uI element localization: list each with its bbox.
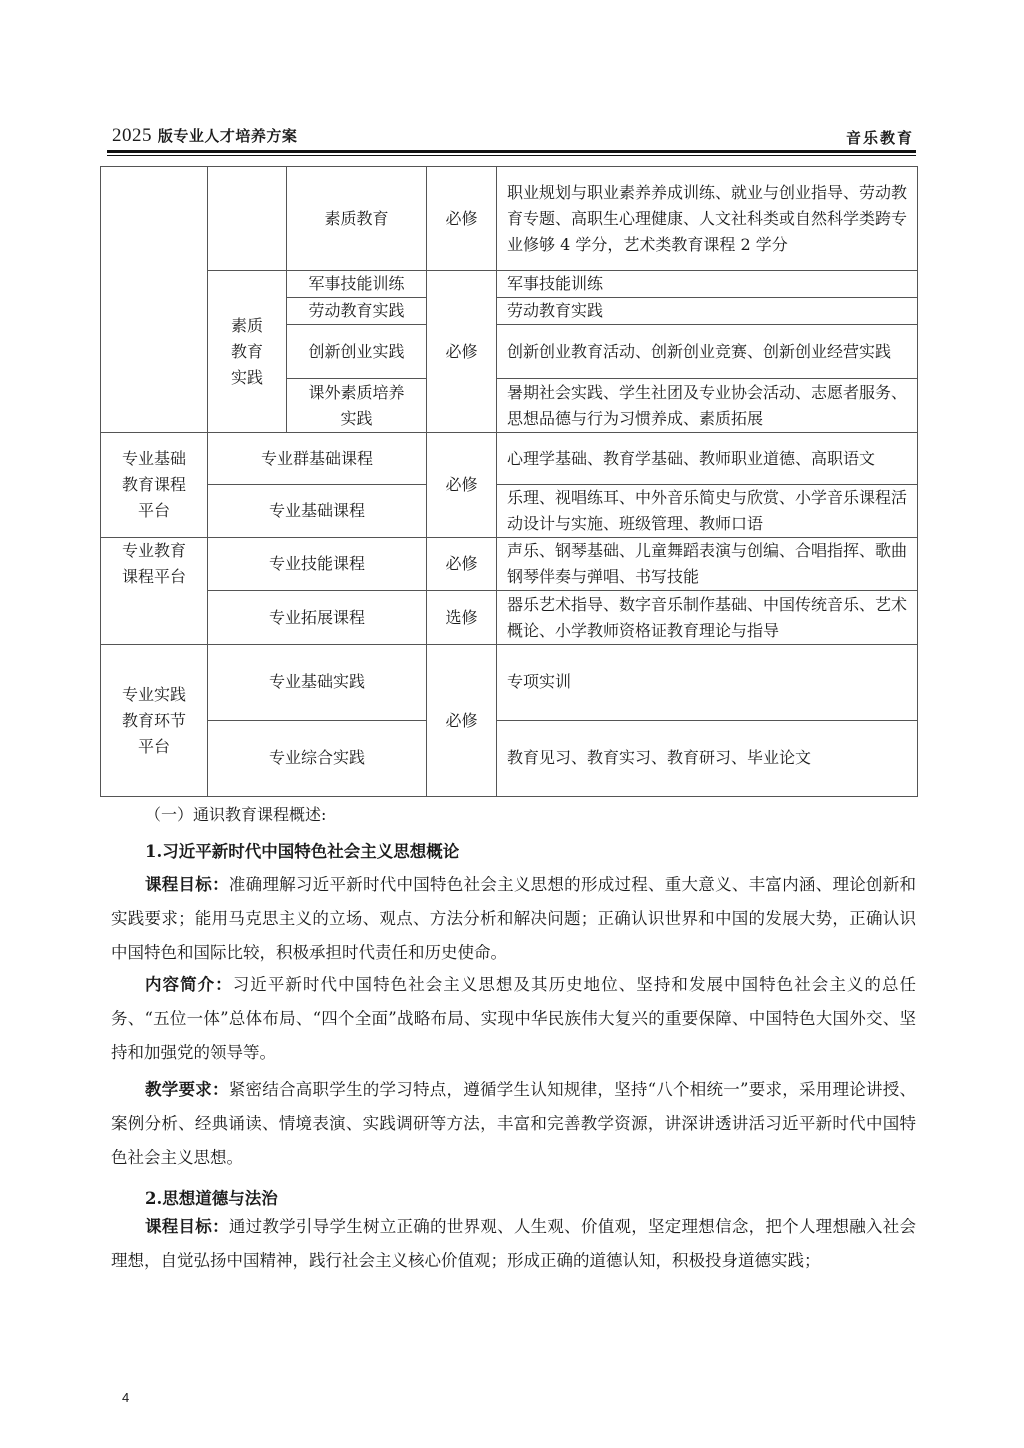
header-title: 版专业人才培养方案 (158, 127, 298, 145)
course-label: 课外素质培养实践 (307, 380, 406, 432)
content-text: 习近平新时代中国特色社会主义思想及其历史地位、坚持和发展中国特色社会主义的总任务… (111, 975, 916, 1062)
req-text: 紧密结合高职学生的学习特点，遵循学生认知规律，坚持“八个相统一”要求，采用理论讲… (111, 1080, 916, 1167)
goal-label: 课程目标： (145, 875, 229, 894)
req-label: 教学要求： (145, 1080, 229, 1099)
course2-goal: 课程目标：通过教学引导学生树立正确的世界观、人生观、价值观，坚定理想信念，把个人… (111, 1210, 916, 1278)
content-cell: 军事技能训练 (497, 271, 918, 298)
platform-cell: 专业实践教育环节平台 (101, 645, 208, 797)
table-row: 专业拓展课程 选修 器乐艺术指导、数字音乐制作基础、中国传统音乐、艺术概论、小学… (101, 591, 918, 645)
platform-cell: 专业教育课程平台 (101, 538, 208, 645)
document-title: 2025 版专业人才培养方案 (112, 125, 297, 147)
course-cell: 专业基础课程 (208, 485, 427, 538)
content-cell: 职业规划与职业素养养成训练、就业与创业指导、劳动教育专题、高职生心理健康、人文社… (497, 167, 918, 271)
course-cell: 专业综合实践 (208, 721, 427, 797)
header-year: 2025 (112, 125, 152, 146)
course-title: 1.习近平新时代中国特色社会主义思想概论 (145, 838, 459, 862)
type-cell: 必修 (427, 538, 497, 591)
page-number: 4 (122, 1390, 129, 1405)
table-row: 素质教育 必修 职业规划与职业素养养成训练、就业与创业指导、劳动教育专题、高职生… (101, 167, 918, 271)
category-label: 素质教育实践 (229, 313, 264, 391)
header-major: 音乐教育 (846, 127, 914, 148)
content-cell: 乐理、视唱练耳、中外音乐简史与欣赏、小学音乐课程活动设计与实施、班级管理、教师口… (497, 485, 918, 538)
category-cell-empty (208, 167, 287, 271)
course-cell: 课外素质培养实践 (287, 379, 427, 433)
course-cell: 专业基础实践 (208, 645, 427, 721)
goal-text: 通过教学引导学生树立正确的世界观、人生观、价值观，坚定理想信念，把个人理想融入社… (111, 1217, 916, 1270)
type-cell: 必修 (427, 271, 497, 433)
course1-content: 内容简介：习近平新时代中国特色社会主义思想及其历史地位、坚持和发展中国特色社会主… (111, 968, 916, 1070)
content-cell: 专项实训 (497, 645, 918, 721)
platform-label: 专业实践教育环节平台 (120, 682, 187, 760)
type-cell: 必修 (427, 645, 497, 797)
course-cell: 专业技能课程 (208, 538, 427, 591)
content-cell: 心理学基础、教育学基础、教师职业道德、高职语文 (497, 433, 918, 485)
goal-text: 准确理解习近平新时代中国特色社会主义思想的形成过程、重大意义、丰富内涵、理论创新… (111, 875, 916, 962)
course-title: 2.思想道德与法治 (145, 1185, 278, 1209)
curriculum-table: 素质教育 必修 职业规划与职业素养养成训练、就业与创业指导、劳动教育专题、高职生… (100, 166, 918, 797)
course-cell: 专业群基础课程 (208, 433, 427, 485)
table-row: 素质教育实践 军事技能训练 必修 军事技能训练 (101, 271, 918, 298)
content-cell: 教育见习、教育实习、教育研习、毕业论文 (497, 721, 918, 797)
course1-goal: 课程目标：准确理解习近平新时代中国特色社会主义思想的形成过程、重大意义、丰富内涵… (111, 868, 916, 970)
type-cell: 必修 (427, 433, 497, 538)
content-cell: 创新创业教育活动、创新创业竞赛、创新创业经营实践 (497, 325, 918, 379)
category-cell: 素质教育实践 (208, 271, 287, 433)
platform-cell-continued (101, 167, 208, 433)
platform-label: 专业教育课程平台 (120, 538, 187, 590)
course-cell: 劳动教育实践 (287, 298, 427, 325)
page-header: 2025 版专业人才培养方案 音乐教育 (112, 125, 914, 149)
course-cell: 素质教育 (287, 167, 427, 271)
type-cell: 选修 (427, 591, 497, 645)
course-cell: 军事技能训练 (287, 271, 427, 298)
content-cell: 劳动教育实践 (497, 298, 918, 325)
content-label: 内容简介： (145, 975, 233, 994)
type-cell: 必修 (427, 167, 497, 271)
header-rule-thin (107, 155, 916, 156)
section-heading: （一）通识教育课程概述: (145, 802, 326, 825)
content-cell: 器乐艺术指导、数字音乐制作基础、中国传统音乐、艺术概论、小学教师资格证教育理论与… (497, 591, 918, 645)
course1-requirements: 教学要求：紧密结合高职学生的学习特点，遵循学生认知规律，坚持“八个相统一”要求，… (111, 1073, 916, 1175)
table-row: 专业实践教育环节平台 专业基础实践 必修 专项实训 (101, 645, 918, 721)
table-row: 专业基础课程 乐理、视唱练耳、中外音乐简史与欣赏、小学音乐课程活动设计与实施、班… (101, 485, 918, 538)
platform-label: 专业基础教育课程平台 (120, 446, 187, 524)
content-cell: 声乐、钢琴基础、儿童舞蹈表演与创编、合唱指挥、歌曲钢琴伴奏与弹唱、书写技能 (497, 538, 918, 591)
course-cell: 创新创业实践 (287, 325, 427, 379)
platform-cell: 专业基础教育课程平台 (101, 433, 208, 538)
table-row: 专业综合实践 教育见习、教育实习、教育研习、毕业论文 (101, 721, 918, 797)
course-cell: 专业拓展课程 (208, 591, 427, 645)
content-cell: 暑期社会实践、学生社团及专业协会活动、志愿者服务、思想品德与行为习惯养成、素质拓… (497, 379, 918, 433)
header-rule-thick (107, 150, 916, 153)
table-row: 专业基础教育课程平台 专业群基础课程 必修 心理学基础、教育学基础、教师职业道德… (101, 433, 918, 485)
goal-label: 课程目标： (145, 1217, 229, 1236)
table-row: 专业教育课程平台 专业技能课程 必修 声乐、钢琴基础、儿童舞蹈表演与创编、合唱指… (101, 538, 918, 591)
